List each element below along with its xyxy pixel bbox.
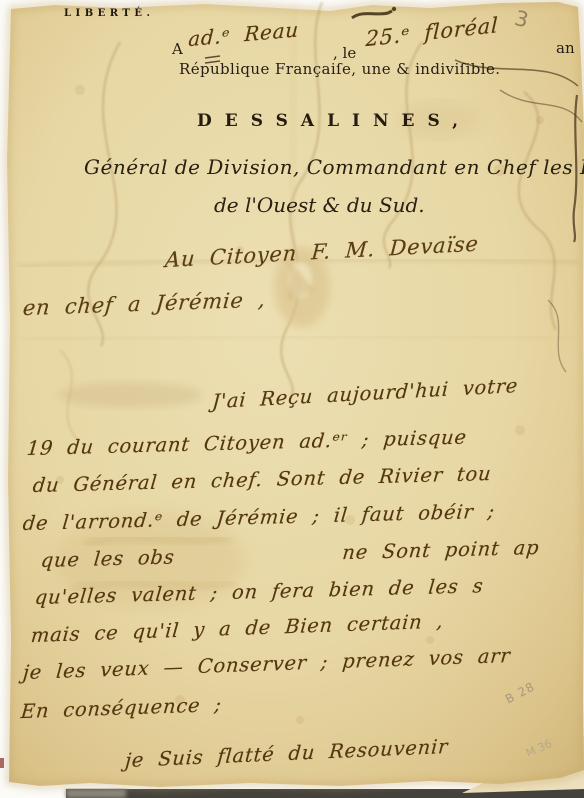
- body-line: 19 du courant Citoyen ad.ᵉʳ ; puisque: [26, 425, 468, 460]
- pencil-catalog-mark: B 28: [503, 679, 537, 706]
- scanned-letter-page: LIBERTÉ. A ad.ᵉ Reau , le 25.ᵉ floréal a…: [0, 0, 584, 798]
- letter-text-layer: LIBERTÉ. A ad.ᵉ Reau , le 25.ᵉ floréal a…: [0, 0, 584, 798]
- dateline-printed-an: an: [556, 39, 575, 57]
- pencil-page-number: 3: [512, 6, 531, 33]
- body-line: En conséquence ;: [20, 693, 223, 723]
- pencil-catalog-mark-2: M 36: [524, 737, 554, 760]
- letterhead-name: DESSALINES,: [197, 111, 471, 131]
- letterhead-title-line2: de l'Ouest & du Sud.: [214, 193, 425, 217]
- body-line: qu'elles valent ; on fera bien de les s: [34, 574, 485, 609]
- body-line: J'ai Reçu aujourd'hui votre: [211, 374, 519, 413]
- address-line1: Au Citoyen F. M. Devaïse: [164, 232, 479, 273]
- address-line2: en chef a Jérémie ,: [22, 288, 267, 321]
- dateline-printed-a: A: [172, 40, 183, 58]
- body-line: je les veux — Conserver ; prenez vos arr: [22, 644, 512, 684]
- body-line: mais ce qu'il y a de Bien certain ,: [30, 610, 445, 647]
- dateline-handwritten-place: ad.ᵉ Reau: [188, 17, 300, 51]
- body-line: de l'arrond.ᵉ de Jérémie ; il faut obéir…: [22, 500, 496, 535]
- republique-line: République Françaiſe, une & indiviſible.: [179, 60, 500, 78]
- body-line: je Suis flatté du Resouvenir: [124, 735, 449, 772]
- body-line: du Général en chef. Sont de Rivier tou: [32, 462, 493, 497]
- letterhead-title-line1: Général de Division, Commandant en Chef …: [84, 155, 584, 179]
- liberte-stamp: LIBERTÉ.: [64, 8, 154, 19]
- body-line: que les obs ne Sont point ap: [40, 536, 541, 572]
- dateline-handwritten-date: 25.ᵉ floréal: [365, 13, 499, 51]
